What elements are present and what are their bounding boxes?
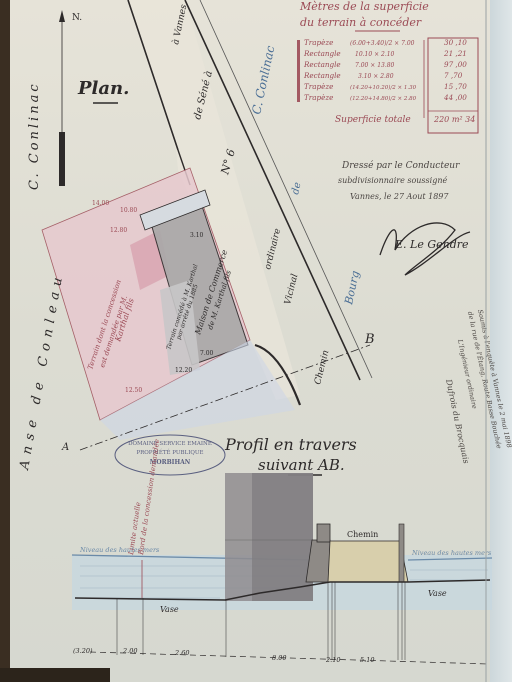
area-row-shape: Trapèze — [304, 93, 333, 102]
dimension-label: 12.20 — [175, 367, 192, 374]
area-row-value: 7 ,70 — [444, 71, 463, 80]
stamp-line-2: PROPRIÉTÉ PUBLIQUE — [136, 448, 203, 456]
area-row-shape: Rectangle — [303, 71, 341, 80]
area-row-dims: (12.20+14.80)/2 × 2.80 — [350, 95, 417, 102]
area-table-header-1: Mètres de la superficie — [299, 0, 429, 13]
road-label-chemin: Chemin — [313, 349, 331, 386]
profile-road-label: Chemin — [347, 530, 378, 539]
area-row-dims: (6.00+3.40)/2 × 7.00 — [350, 40, 415, 47]
water-label-top: C. Conlinac — [27, 81, 42, 190]
area-total-label: Superficie totale — [335, 115, 411, 125]
area-row-value: 44 ,00 — [443, 93, 467, 102]
dimension-label: 12.80 — [110, 227, 127, 234]
area-row-dims: (14.20+10.20)/2 × 1.30 — [350, 84, 417, 91]
road-label-vicinal: Vicinal — [283, 273, 300, 306]
road-label-conleau: C. Conlinac — [249, 44, 277, 115]
signature-line-1: Dressé par le Conducteur — [341, 160, 460, 171]
area-total-value: 220 m² 34 — [433, 115, 475, 124]
area-row-shape: Trapèze — [304, 82, 333, 91]
ground-label-left: Vase — [160, 605, 179, 614]
stamp-line-1: DOMAINE SERVICE EMAINE — [128, 441, 212, 447]
dimension-label: 3.10 — [190, 232, 204, 239]
area-table: Mètres de la superficie du terrain à con… — [297, 0, 478, 133]
profile-subtitle: suivant AB. — [258, 456, 345, 474]
stamp: DOMAINE SERVICE EMAINE PROPRIÉTÉ PUBLIQU… — [115, 435, 225, 475]
road-label-ordinaire: ordinaire — [263, 228, 283, 271]
dimension-label: 12.50 — [125, 387, 142, 394]
dimension-label: 14.00 — [92, 200, 109, 207]
water-level-label-right: Niveau des hautes mers — [411, 549, 492, 557]
margin-note: Soumis à l'enquête à Vannes le 2 mai 189… — [444, 309, 512, 465]
section-marker-b: B — [364, 332, 375, 347]
baseline-dimension: 5.10 — [360, 656, 374, 664]
area-row-shape: Trapèze — [304, 38, 333, 47]
north-label: N. — [72, 13, 82, 23]
area-row-dims: 10.10 × 2.10 — [355, 51, 395, 58]
dimension-label: 10.80 — [120, 207, 137, 214]
area-row-value: 30 ,10 — [444, 38, 467, 47]
road-fill — [328, 541, 408, 582]
section-marker-a: A — [61, 442, 69, 453]
plan-title: Plan. — [77, 78, 129, 99]
area-row-shape: Rectangle — [303, 49, 341, 58]
profile-red-label-2: Bord de la concession demandée — [137, 439, 161, 557]
baseline-dimension: 2.60 — [174, 649, 189, 657]
baseline-dimension: 2.10 — [325, 656, 340, 664]
signature-line-2: subdivisionnaire soussigné — [338, 176, 447, 185]
margin-note-line-4: Dufrois du Brocquais — [444, 378, 471, 465]
plan-drawing: B A N. Plan. C. Conlinac Anse de Conleau… — [0, 0, 512, 682]
area-row-value: 97 ,00 — [444, 60, 467, 69]
profile-title: Profil en travers — [224, 435, 357, 454]
dimension-label: 7.00 — [200, 350, 214, 357]
water-level-label: Niveau des hautes mers — [79, 546, 160, 554]
area-row-dims: 7.00 × 13.80 — [355, 62, 395, 69]
road-label-bourg: Bourg — [342, 270, 362, 307]
area-row-dims: 3.10 × 2.80 — [358, 73, 394, 80]
signature-block: Dressé par le Conducteur subdivisionnair… — [338, 160, 470, 275]
area-table-header-2: du terrain à concéder — [300, 16, 422, 29]
area-row-shape: Rectangle — [303, 60, 341, 69]
baseline-dimension: 2.00 — [122, 647, 137, 655]
area-row-value: 15 ,70 — [444, 82, 467, 91]
signature-name: E. Le Gendre — [394, 238, 469, 251]
baseline-dimension: 8.00 — [272, 654, 286, 662]
baseline-dimension: (3.20) — [73, 647, 93, 655]
signature-line-3: Vannes, le 27 Aout 1897 — [350, 192, 449, 201]
ground-label-right: Vase — [428, 589, 447, 598]
water-label-left: Anse de Conleau — [17, 271, 67, 472]
area-row-value: 21 ,21 — [443, 49, 467, 58]
road-label-de: de — [290, 181, 303, 195]
baseline — [90, 652, 488, 664]
